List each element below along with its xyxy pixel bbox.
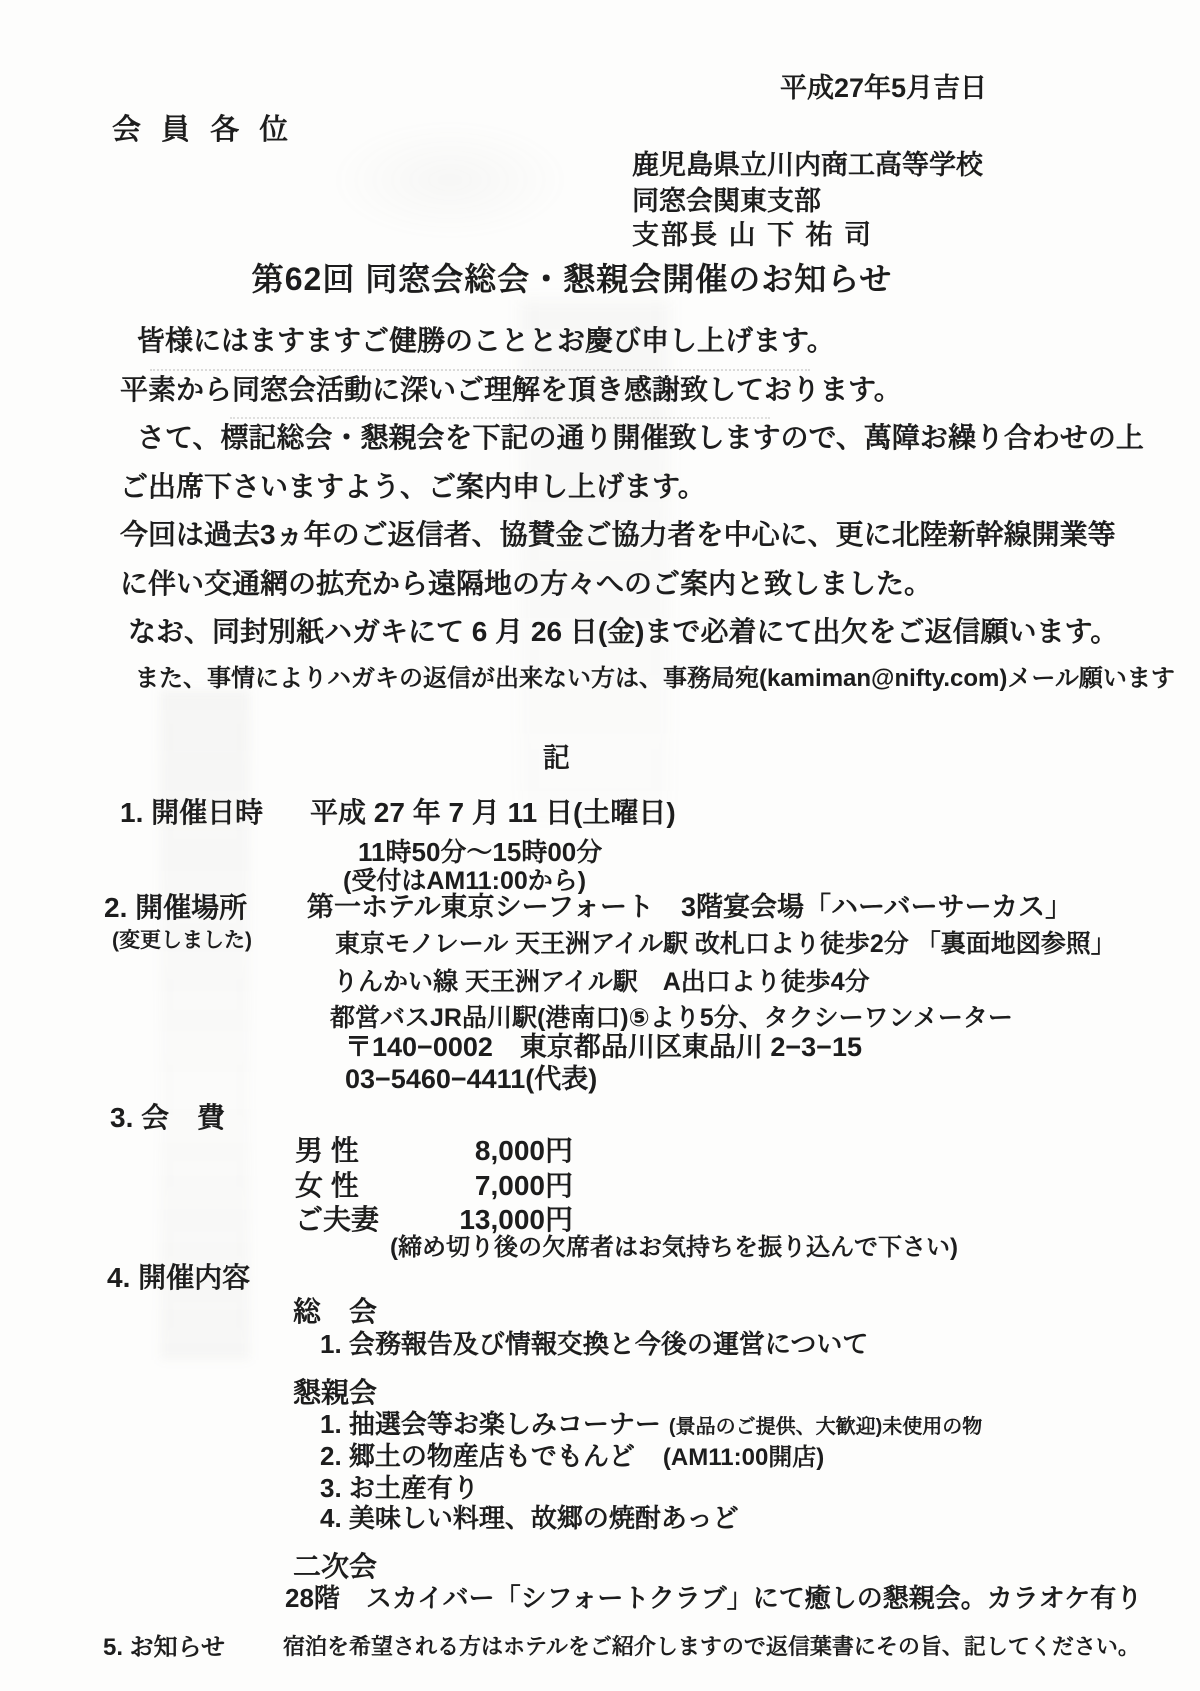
greeting-line: 皆様にはますますご健勝のこととお慶び申し上げます。 [137,325,835,357]
greeting-line: また、事情によりハガキの返信が出来ない方は、事務局宛(kamiman@nifty… [135,665,1175,693]
fee-label: ご夫妻 [295,1204,379,1236]
sender-school: 鹿児島県立川内商工高等学校 [632,150,983,181]
fee-label: 男 性 [295,1135,359,1167]
greeting-line: 平素から同窓会活動に深いご理解を頂き感謝致しております。 [120,374,902,406]
party-item: 2. 郷土の物産店もでもんど(AM11:00開店) [320,1442,824,1472]
fee-amount: 13,000円 [459,1204,573,1236]
notice-heading: 5. お知らせ [103,1634,225,1662]
venue-heading: 2. 開催場所 [104,892,247,924]
scan-artifact [230,417,770,419]
document-title: 第62回 同窓会総会・懇親会開催のお知らせ [0,261,1144,298]
sender-branch: 同窓会関東支部 [632,186,821,217]
scan-artifact [330,120,570,240]
issue-date: 平成27年5月吉日 [780,73,987,104]
fee-amount: 8,000円 [475,1135,573,1167]
party-item-text: 3. お土産有り [320,1473,479,1503]
schedule-date: 平成 27 年 7 月 11 日(土曜日) [310,797,676,829]
after-party-detail: 28階 スカイバー「シフォートクラブ」にて癒しの懇親会。カラオケ有り [285,1584,1142,1614]
greeting-line: なお、同封別紙ハガキにて 6 月 26 日(金)まで必着にて出欠をご返信願います… [128,616,1118,648]
venue-address: 〒140−0002 東京都品川区東品川 2−3−15 [345,1032,862,1063]
record-marker: 記 [543,743,570,774]
party-item-text: 2. 郷土の物産店もでもんど [320,1441,635,1471]
schedule-time: 11時50分〜15時00分 [358,838,602,868]
fee-row-male: 男 性 8,000円 [295,1135,573,1167]
venue-hotel: 第一ホテル東京シーフォート 3階宴会場「ハーバーサーカス」 [307,892,1072,923]
recipient: 会 員 各 位 [112,114,294,147]
venue-access-rinkai: りんかい線 天王洲アイル駅 A出口より徒歩4分 [333,968,870,997]
party-item-text: 1. 抽選会等お楽しみコーナー [320,1409,661,1439]
notice-text: 宿泊を希望される方はホテルをご紹介しますので返信葉書にその旨、記してください。 [283,1634,1140,1659]
greeting-line: に伴い交通網の拡充から遠隔地の方々へのご案内と致しました。 [120,568,932,600]
after-party-title: 二次会 [293,1551,377,1583]
fee-label: 女 性 [295,1170,359,1202]
greeting-line: さて、標記総会・懇親会を下記の通り開催致しますので、萬障お繰り合わせの上 [137,422,1144,454]
venue-phone: 03−5460−4411(代表) [345,1064,597,1095]
scan-artifact [160,690,250,1360]
party-title: 懇親会 [293,1377,377,1409]
sender-chief: 支部長 山 下 祐 司 [632,220,873,251]
fee-amount: 7,000円 [475,1170,573,1202]
schedule-heading: 1. 開催日時 [120,797,263,829]
greeting-line: ご出席下さいますよう、ご案内申し上げます。 [120,471,706,503]
program-heading: 4. 開催内容 [107,1262,250,1294]
scanned-letter-page: 平成27年5月吉日 会 員 各 位 鹿児島県立川内商工高等学校 同窓会関東支部 … [0,0,1200,1691]
greeting-line: 今回は過去3ヵ年のご返信者、協賛金ご協力者を中心に、更に北陸新幹線開業等 [120,519,1116,551]
general-meeting-title: 総 会 [293,1296,377,1328]
venue-access-monorail: 東京モノレール 天王洲アイル駅 改札口より徒歩2分 「裏面地図参照」 [335,930,1116,959]
fee-row-couple: ご夫妻 13,000円 [295,1204,573,1236]
venue-changed-note: (変更しました) [112,929,252,953]
party-item-note: (景品のご提供、大歓迎)未使用の物 [669,1416,982,1438]
fee-heading: 3. 会 費 [110,1102,225,1134]
general-meeting-item: 1. 会務報告及び情報交換と今後の運営について [320,1330,868,1360]
fee-row-female: 女 性 7,000円 [295,1170,573,1202]
party-item-text: 4. 美味しい料理、故郷の焼酎あっど [320,1503,739,1533]
party-item: 1. 抽選会等お楽しみコーナー(景品のご提供、大歓迎)未使用の物 [320,1410,982,1440]
fee-note: (締め切り後の欠席者はお気持ちを振り込んで下さい) [390,1234,958,1262]
party-item: 4. 美味しい料理、故郷の焼酎あっど [320,1504,739,1534]
scan-artifact [150,369,810,371]
venue-access-bus: 都営バスJR品川駅(港南口)⑤より5分、タクシーワンメーター [330,1004,1013,1033]
party-item-note: (AM11:00開店) [663,1444,824,1471]
party-item: 3. お土産有り [320,1474,479,1504]
